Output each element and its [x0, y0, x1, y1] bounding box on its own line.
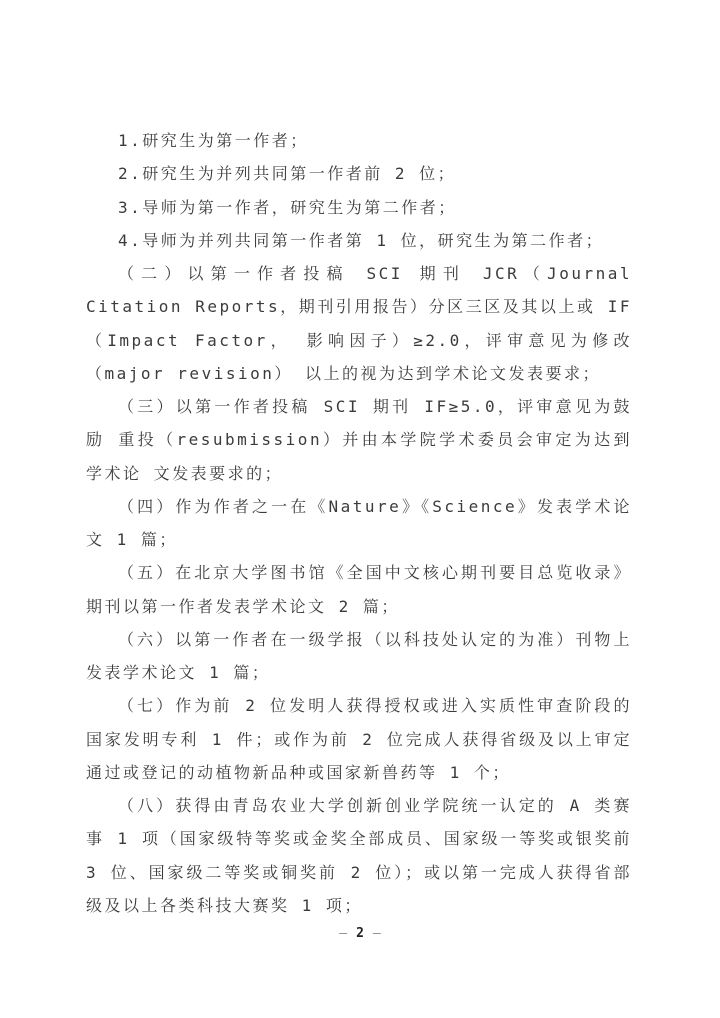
page-footer: —2— — [0, 925, 720, 943]
footer-dash-left: — — [339, 926, 347, 941]
document-body: 1.研究生为第一作者； 2.研究生为并列共同第一作者前 2 位； 3.导师为第一… — [86, 124, 632, 922]
footer-dash-right: — — [373, 926, 381, 941]
clause-2: （二）以第一作者投稿 SCI 期刊 JCR（Journal Citation R… — [86, 257, 632, 390]
clause-5: （五）在北京大学图书馆《全国中文核心期刊要目总览收录》 期刊以第一作者发表学术论… — [86, 556, 632, 623]
clause-4: （四）作为作者之一在《Nature》《Science》发表学术论文 1 篇； — [86, 490, 632, 557]
list-item-1: 1.研究生为第一作者； — [86, 124, 632, 157]
clause-6: （六）以第一作者在一级学报（以科技处认定的为准）刊物上发表学术论文 1 篇； — [86, 623, 632, 690]
list-item-2: 2.研究生为并列共同第一作者前 2 位； — [86, 157, 632, 190]
clause-7: （七）作为前 2 位发明人获得授权或进入实质性审查阶段的 国家发明专利 1 件；… — [86, 689, 632, 789]
clause-8: （八）获得由青岛农业大学创新创业学院统一认定的 A 类赛事 1 项（国家级特等奖… — [86, 789, 632, 922]
list-item-3: 3.导师为第一作者，研究生为第二作者； — [86, 191, 632, 224]
document-page: 1.研究生为第一作者； 2.研究生为并列共同第一作者前 2 位； 3.导师为第一… — [0, 0, 720, 1018]
page-number: 2 — [356, 926, 364, 941]
clause-3: （三）以第一作者投稿 SCI 期刊 IF≥5.0，评审意见为鼓励 重投（resu… — [86, 390, 632, 490]
list-item-4: 4.导师为并列共同第一作者第 1 位，研究生为第二作者； — [86, 224, 632, 257]
